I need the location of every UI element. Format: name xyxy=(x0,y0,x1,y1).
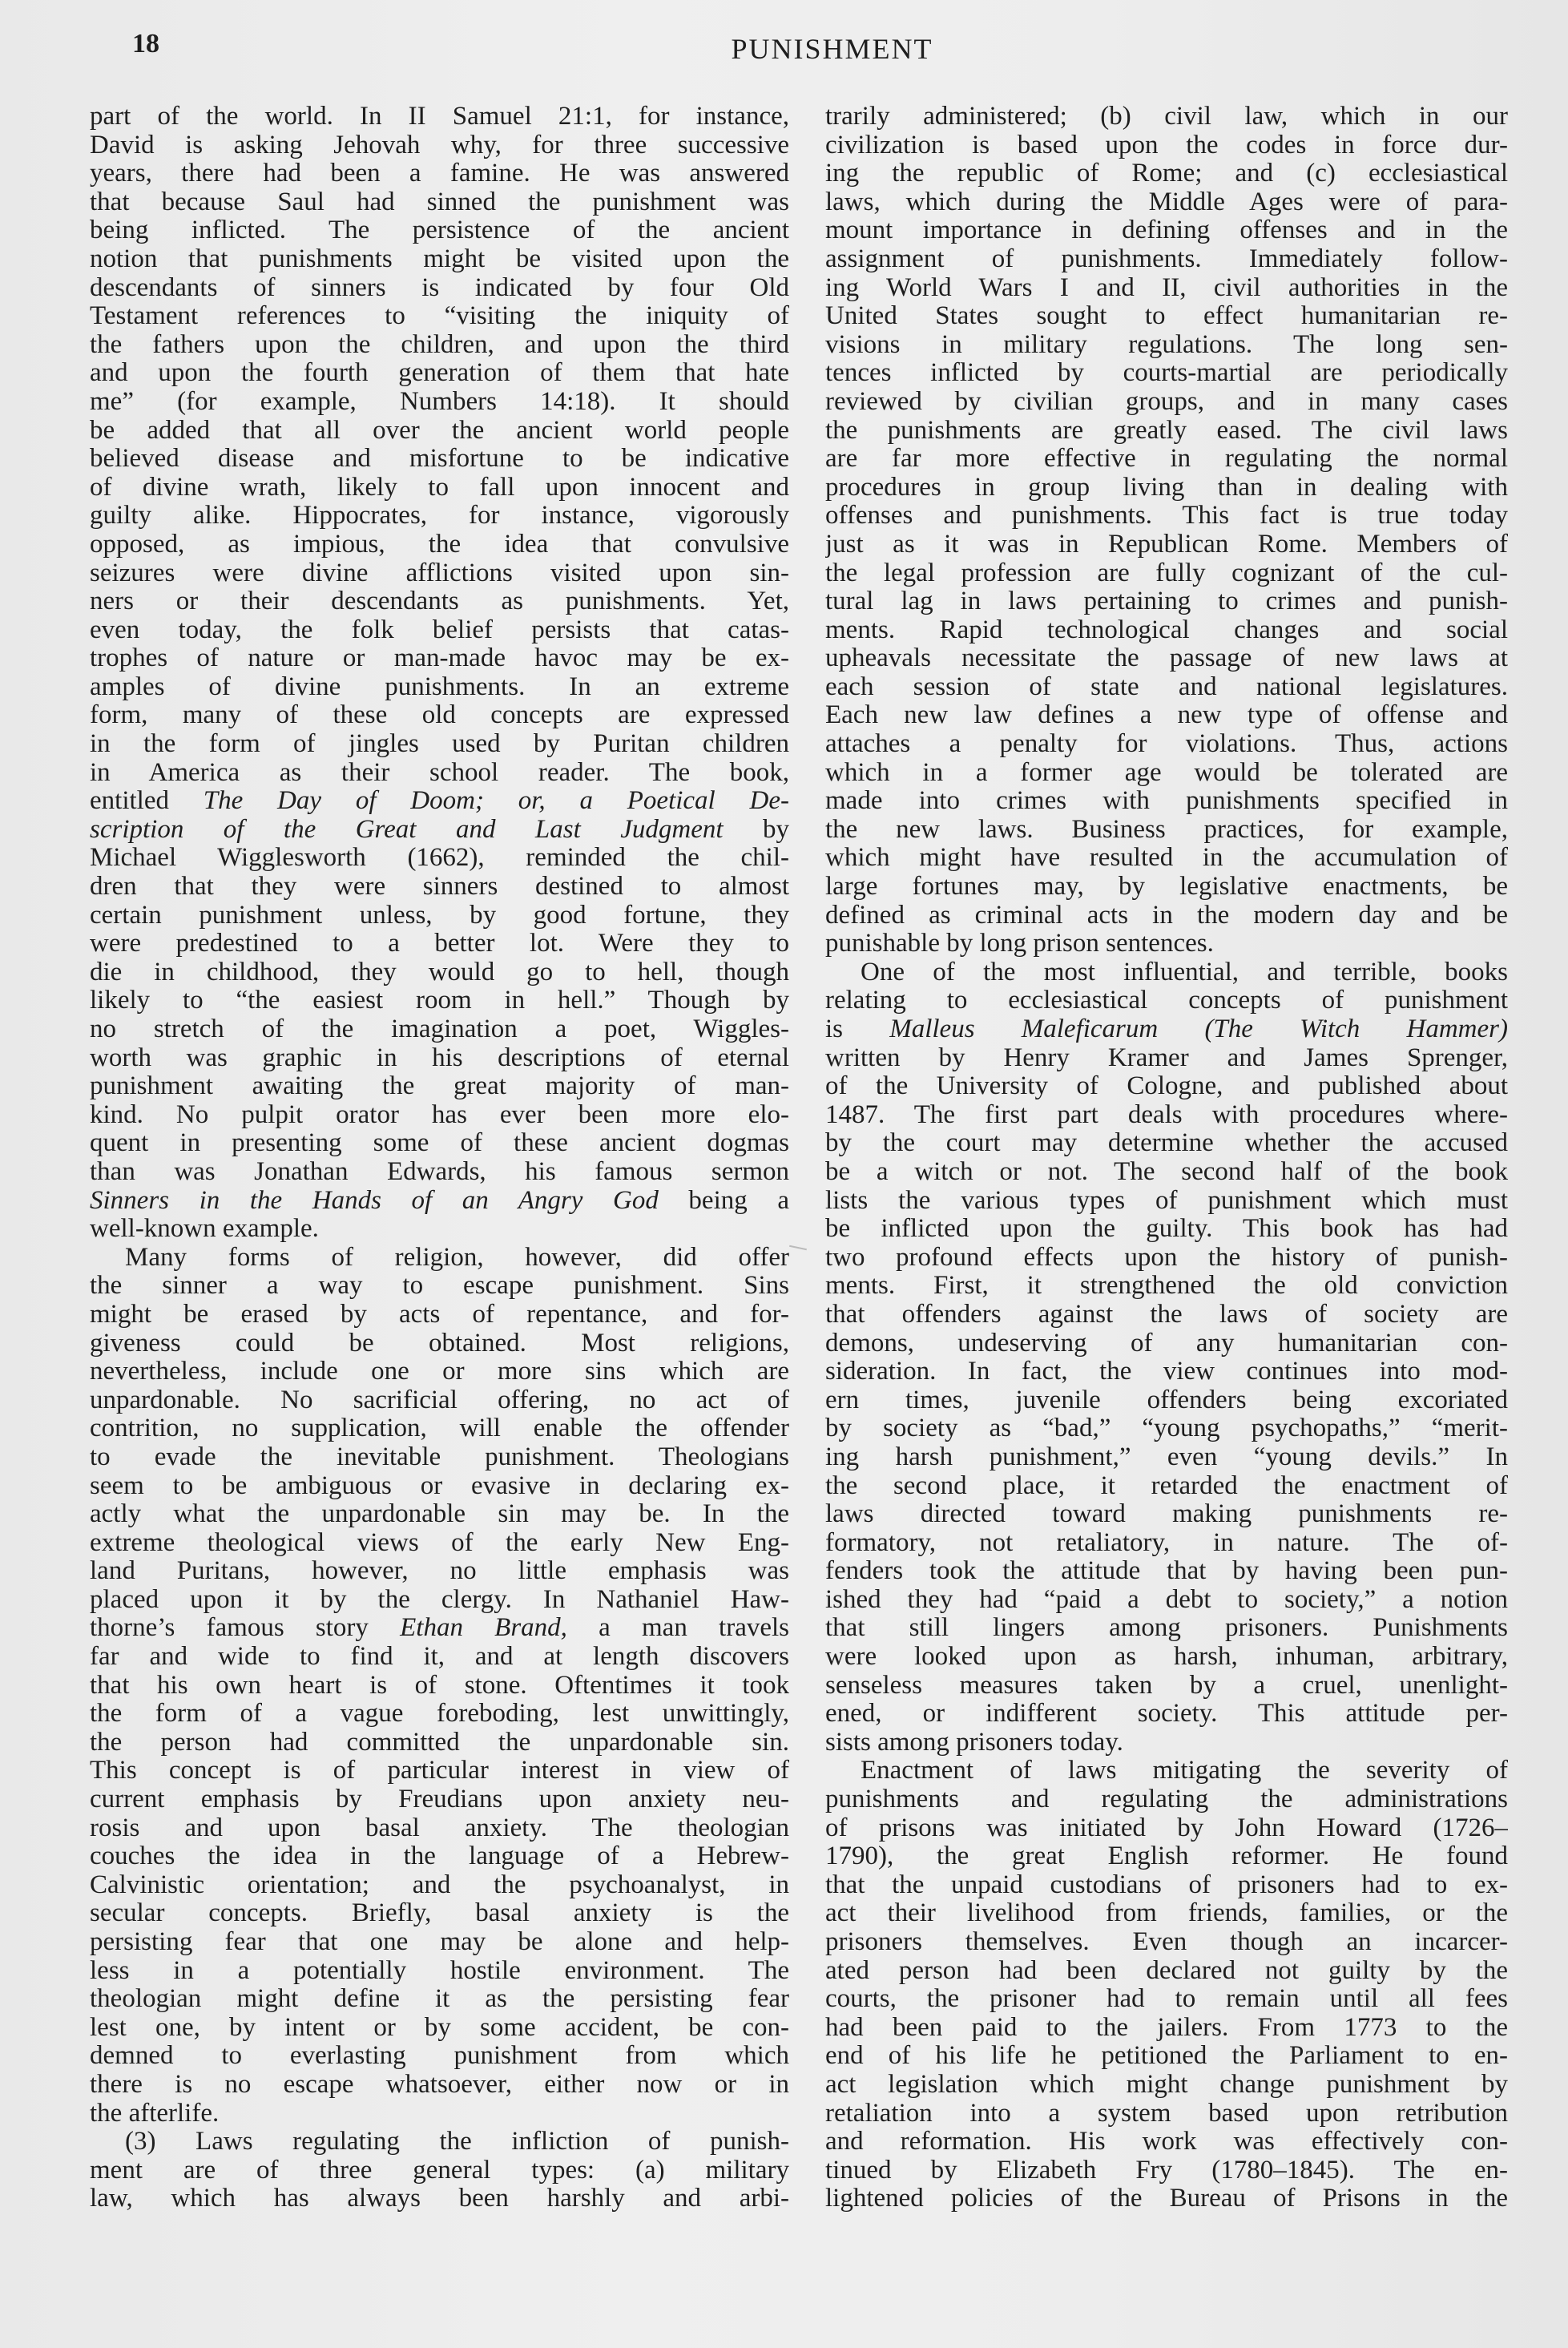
text-line: courts, the prisoner had to remain until… xyxy=(825,1985,1508,2014)
text-line: worth was graphic in his descriptions of… xyxy=(90,1044,789,1073)
text-line: to evade the inevitable punishment. Theo… xyxy=(90,1443,789,1472)
line-text: land Puritans, however, no little emphas… xyxy=(90,1557,789,1585)
line-text: the person had committed the unpardonabl… xyxy=(90,1729,789,1757)
text-line: be a witch or not. The second half of th… xyxy=(825,1158,1508,1187)
line-text: the afterlife. xyxy=(90,2100,219,2128)
line-text: prisoners themselves. Even though an inc… xyxy=(825,1928,1508,1956)
line-text: laws directed toward making punishments … xyxy=(825,1500,1508,1528)
line-text: by the court may determine whether the a… xyxy=(825,1129,1508,1157)
right-text-column: trarily administered; (b) civil law, whi… xyxy=(825,103,1508,2213)
line-text: United States sought to effect humanitar… xyxy=(825,302,1508,330)
line-text: the punishments are greatly eased. The c… xyxy=(825,417,1508,445)
text-line: the new laws. Business practices, for ex… xyxy=(825,816,1508,845)
text-line: dren that they were sinners destined to … xyxy=(90,873,789,902)
line-text: unpardonable. No sacrificial offering, n… xyxy=(90,1386,789,1414)
line-text: which in a former age would be tolerated… xyxy=(825,759,1508,787)
text-line: tural lag in laws pertaining to crimes a… xyxy=(825,587,1508,616)
line-text: descendants of sinners is indicated by f… xyxy=(90,274,789,302)
line-text: lightened policies of the Bureau of Pris… xyxy=(825,2185,1508,2213)
line-text: (3) Laws regulating the infliction of pu… xyxy=(125,2128,789,2156)
line-text: Enactment of laws mitigating the severit… xyxy=(861,1757,1508,1785)
line-text: be a witch or not. The second half of th… xyxy=(825,1158,1508,1186)
line-text: to evade the inevitable punishment. Theo… xyxy=(90,1443,789,1471)
text-line: demons, undeserving of any humanitarian … xyxy=(825,1329,1508,1358)
text-line: the second place, it retarded the enactm… xyxy=(825,1472,1508,1501)
line-text: notion that punishments might be visited… xyxy=(90,245,789,273)
line-text: years, there had been a famine. He was a… xyxy=(90,159,789,188)
line-text: form, many of these old concepts are exp… xyxy=(90,701,789,729)
text-line: form, many of these old concepts are exp… xyxy=(90,701,789,730)
line-text: Each new law defines a new type of offen… xyxy=(825,701,1508,729)
line-text: Many forms of religion, however, did off… xyxy=(125,1244,789,1272)
line-text: be added that all over the ancient world… xyxy=(90,417,789,445)
italic-title-text: scription of the Great and Last Judgment xyxy=(90,816,724,844)
text-line: punishment awaiting the great majority o… xyxy=(90,1072,789,1101)
text-line: made into crimes with punishments specif… xyxy=(825,787,1508,816)
text-line: in the form of jingles used by Puritan c… xyxy=(90,730,789,759)
text-line: lest one, by intent or by some accident,… xyxy=(90,2014,789,2043)
line-text: David is asking Jehovah why, for three s… xyxy=(90,131,789,159)
line-text: punishable by long prison sentences. xyxy=(825,930,1214,958)
line-text: rosis and upon basal anxiety. The theolo… xyxy=(90,1814,789,1842)
line-text: likely to “the easiest room in hell.” Th… xyxy=(90,986,789,1015)
line-text: kind. No pulpit orator has ever been mor… xyxy=(90,1101,789,1129)
line-text: ing World Wars I and II, civil authoriti… xyxy=(825,274,1508,302)
text-line: ing the republic of Rome; and (c) eccles… xyxy=(825,159,1508,188)
text-line: giveness could be obtained. Most religio… xyxy=(90,1329,789,1358)
line-text: laws, which during the Middle Ages were … xyxy=(825,188,1508,216)
line-text: persisting fear that one may be alone an… xyxy=(90,1928,789,1956)
text-line: are far more effective in regulating the… xyxy=(825,445,1508,474)
line-text: secular concepts. Briefly, basal anxiety… xyxy=(90,1899,789,1927)
line-text: die in childhood, they would go to hell,… xyxy=(90,958,789,986)
text-line: amples of divine punishments. In an extr… xyxy=(90,673,789,702)
text-line: seizures were divine afflictions visited… xyxy=(90,559,789,588)
text-line: upheavals necessitate the passage of new… xyxy=(825,644,1508,673)
line-text: procedures in group living than in deali… xyxy=(825,474,1508,502)
text-line: sists among prisoners today. xyxy=(825,1729,1508,1757)
text-line: rosis and upon basal anxiety. The theolo… xyxy=(90,1814,789,1843)
text-line: lists the various types of punishment wh… xyxy=(825,1187,1508,1216)
italic-title-text: Malleus Maleficarum (The Witch Hammer) xyxy=(889,1015,1508,1043)
line-text: of prisons was initiated by John Howard … xyxy=(825,1814,1508,1842)
text-line: Enactment of laws mitigating the severit… xyxy=(825,1757,1508,1785)
line-text: fenders took the attitude that by having… xyxy=(825,1557,1508,1585)
line-text: seizures were divine afflictions visited… xyxy=(90,559,789,587)
text-line: the person had committed the unpardonabl… xyxy=(90,1729,789,1757)
text-line: believed disease and misfortune to be in… xyxy=(90,445,789,474)
line-text: in the form of jingles used by Puritan c… xyxy=(90,730,789,758)
line-text: there is no escape whatsoever, either no… xyxy=(90,2071,789,2099)
line-text: being a xyxy=(659,1187,789,1215)
text-line: no stretch of the imagination a poet, Wi… xyxy=(90,1015,789,1044)
text-line: kind. No pulpit orator has ever been mor… xyxy=(90,1101,789,1130)
line-text: Calvinistic orientation; and the psychoa… xyxy=(90,1871,789,1899)
line-text: of divine wrath, likely to fall upon inn… xyxy=(90,474,789,502)
line-text: quent in presenting some of these ancien… xyxy=(90,1129,789,1157)
text-line: ners or their descendants as punishments… xyxy=(90,587,789,616)
line-text: might be erased by acts of repentance, a… xyxy=(90,1301,789,1329)
text-line: large fortunes may, by legislative enact… xyxy=(825,873,1508,902)
text-line: is Malleus Maleficarum (The Witch Hammer… xyxy=(825,1015,1508,1044)
line-text: One of the most influential, and terribl… xyxy=(861,958,1508,986)
text-line: far and wide to find it, and at length d… xyxy=(90,1643,789,1672)
text-line: mount importance in defining offenses an… xyxy=(825,216,1508,245)
text-line: ments. First, it strengthened the old co… xyxy=(825,1272,1508,1301)
line-text: tences inflicted by courts-martial are p… xyxy=(825,359,1508,387)
text-line: punishments and regulating the administr… xyxy=(825,1785,1508,1814)
text-line: nevertheless, include one or more sins w… xyxy=(90,1358,789,1386)
italic-title-text: Sinners in the Hands of an Angry God xyxy=(90,1187,659,1215)
text-line: which in a former age would be tolerated… xyxy=(825,759,1508,788)
text-line: act legislation which might change punis… xyxy=(825,2071,1508,2100)
text-line: Many forms of religion, however, did off… xyxy=(90,1244,789,1273)
text-line: act their livelihood from friends, famil… xyxy=(825,1899,1508,1928)
line-text: were looked upon as harsh, inhuman, arbi… xyxy=(825,1643,1508,1671)
text-line: guilty alike. Hippocrates, for instance,… xyxy=(90,502,789,531)
text-line: and upon the fourth generation of them t… xyxy=(90,359,789,388)
text-line: trophes of nature or man-made havoc may … xyxy=(90,644,789,673)
text-line: than was Jonathan Edwards, his famous se… xyxy=(90,1158,789,1187)
text-line: that because Saul had sinned the punishm… xyxy=(90,188,789,217)
line-text: two profound effects upon the history of… xyxy=(825,1244,1508,1272)
text-line: visions in military regulations. The lon… xyxy=(825,331,1508,360)
text-line: two profound effects upon the history of… xyxy=(825,1244,1508,1273)
line-text: ing the republic of Rome; and (c) eccles… xyxy=(825,159,1508,188)
text-line: less in a potentially hostile environmen… xyxy=(90,1957,789,1986)
line-text: are far more effective in regulating the… xyxy=(825,445,1508,473)
text-line: punishable by long prison sentences. xyxy=(825,930,1508,958)
line-text: the legal profession are fully cognizant… xyxy=(825,559,1508,587)
text-line: be inflicted upon the guilty. This book … xyxy=(825,1215,1508,1244)
text-line: This concept is of particular interest i… xyxy=(90,1757,789,1785)
line-text: ments. Rapid technological changes and s… xyxy=(825,616,1508,644)
text-line: formatory, not retaliatory, in nature. T… xyxy=(825,1529,1508,1558)
text-line: ing harsh punishment,” even “young devil… xyxy=(825,1443,1508,1472)
text-line: actly what the unpardonable sin may be. … xyxy=(90,1500,789,1529)
line-text: mount importance in defining offenses an… xyxy=(825,216,1508,244)
line-text: guilty alike. Hippocrates, for instance,… xyxy=(90,502,789,530)
line-text: law, which has always been harshly and a… xyxy=(90,2185,789,2213)
line-text: demned to everlasting punishment from wh… xyxy=(90,2042,789,2070)
line-text: placed upon it by the clergy. In Nathani… xyxy=(90,1586,789,1614)
text-line: ing World Wars I and II, civil authoriti… xyxy=(825,274,1508,303)
line-text: giveness could be obtained. Most religio… xyxy=(90,1329,789,1358)
line-text: ened, or indifferent society. This attit… xyxy=(825,1700,1508,1728)
line-text: defined as criminal acts in the modern d… xyxy=(825,902,1508,930)
text-line: procedures in group living than in deali… xyxy=(825,474,1508,502)
line-text: ished they had “paid a debt to society,”… xyxy=(825,1586,1508,1614)
line-text: couches the idea in the language of a He… xyxy=(90,1842,789,1870)
text-line: descendants of sinners is indicated by f… xyxy=(90,274,789,303)
line-text: relating to ecclesiastical concepts of p… xyxy=(825,986,1508,1015)
line-text: formatory, not retaliatory, in nature. T… xyxy=(825,1529,1508,1557)
line-text: just as it was in Republican Rome. Membe… xyxy=(825,531,1508,559)
line-text: each session of state and national legis… xyxy=(825,673,1508,701)
line-text: the form of a vague foreboding, lest unw… xyxy=(90,1700,789,1728)
line-text: punishment awaiting the great majority o… xyxy=(90,1072,789,1100)
text-line: just as it was in Republican Rome. Membe… xyxy=(825,531,1508,559)
text-line: well-known example. xyxy=(90,1215,789,1244)
text-line: by the court may determine whether the a… xyxy=(825,1129,1508,1158)
text-line: offenses and punishments. This fact is t… xyxy=(825,502,1508,531)
text-line: that his own heart is of stone. Oftentim… xyxy=(90,1672,789,1700)
line-text: entitled xyxy=(90,787,204,815)
text-line: scription of the Great and Last Judgment… xyxy=(90,816,789,845)
line-text: trarily administered; (b) civil law, whi… xyxy=(825,103,1508,131)
running-header-title: PUNISHMENT xyxy=(0,32,1568,66)
line-text: act legislation which might change punis… xyxy=(825,2071,1508,2099)
line-text: that because Saul had sinned the punishm… xyxy=(90,188,789,216)
text-line: One of the most influential, and terribl… xyxy=(825,958,1508,987)
text-line: seem to be ambiguous or evasive in decla… xyxy=(90,1472,789,1501)
line-text: tural lag in laws pertaining to crimes a… xyxy=(825,587,1508,615)
text-line: Calvinistic orientation; and the psychoa… xyxy=(90,1871,789,1900)
line-text: upheavals necessitate the passage of new… xyxy=(825,644,1508,672)
text-line: reviewed by civilian groups, and in many… xyxy=(825,388,1508,417)
text-line: ern times, juvenile offenders being exco… xyxy=(825,1386,1508,1415)
text-line: Michael Wigglesworth (1662), reminded th… xyxy=(90,844,789,873)
line-text: thorne’s famous story xyxy=(90,1614,400,1642)
line-text: certain punishment unless, by good fortu… xyxy=(90,902,789,930)
text-line: the fathers upon the children, and upon … xyxy=(90,331,789,360)
text-line: the sinner a way to escape punishment. S… xyxy=(90,1272,789,1301)
text-line: extreme theological views of the early N… xyxy=(90,1529,789,1558)
text-line: secular concepts. Briefly, basal anxiety… xyxy=(90,1899,789,1928)
line-text: This concept is of particular interest i… xyxy=(90,1757,789,1785)
text-line: that still lingers among prisoners. Puni… xyxy=(825,1614,1508,1643)
line-text: even today, the folk belief persists tha… xyxy=(90,616,789,644)
line-text: worth was graphic in his descriptions of… xyxy=(90,1044,789,1072)
text-line: trarily administered; (b) civil law, whi… xyxy=(825,103,1508,131)
line-text: no stretch of the imagination a poet, Wi… xyxy=(90,1015,789,1043)
line-text: less in a potentially hostile environmen… xyxy=(90,1957,789,1985)
line-text: the second place, it retarded the enactm… xyxy=(825,1472,1508,1500)
text-line: lightened policies of the Bureau of Pris… xyxy=(825,2185,1508,2213)
line-text: ners or their descendants as punishments… xyxy=(90,587,789,615)
text-line: notion that punishments might be visited… xyxy=(90,245,789,274)
line-text: that still lingers among prisoners. Puni… xyxy=(825,1614,1508,1642)
text-line: law, which has always been harshly and a… xyxy=(90,2185,789,2213)
line-text: dren that they were sinners destined to … xyxy=(90,873,789,901)
text-line: tinued by Elizabeth Fry (1780–1845). The… xyxy=(825,2156,1508,2185)
line-text: opposed, as impious, the idea that convu… xyxy=(90,531,789,559)
line-text: by xyxy=(724,816,789,844)
line-text: the fathers upon the children, and upon … xyxy=(90,331,789,359)
text-line: laws directed toward making punishments … xyxy=(825,1500,1508,1529)
line-text: offenses and punishments. This fact is t… xyxy=(825,502,1508,530)
text-line: the form of a vague foreboding, lest unw… xyxy=(90,1700,789,1729)
line-text: demons, undeserving of any humanitarian … xyxy=(825,1329,1508,1358)
text-line: placed upon it by the clergy. In Nathani… xyxy=(90,1586,789,1615)
line-text: actly what the unpardonable sin may be. … xyxy=(90,1500,789,1528)
line-text: civilization is based upon the codes in … xyxy=(825,131,1508,159)
text-line: ened, or indifferent society. This attit… xyxy=(825,1700,1508,1729)
line-text: made into crimes with punishments specif… xyxy=(825,787,1508,815)
line-text: 1790), the great English reformer. He fo… xyxy=(825,1842,1508,1870)
text-line: die in childhood, they would go to hell,… xyxy=(90,958,789,987)
line-text: of the University of Cologne, and publis… xyxy=(825,1072,1508,1100)
left-text-column: part of the world. In II Samuel 21:1, fo… xyxy=(90,103,789,2213)
line-text: written by Henry Kramer and James Spreng… xyxy=(825,1044,1508,1072)
text-line: years, there had been a famine. He was a… xyxy=(90,159,789,188)
text-line: (3) Laws regulating the infliction of pu… xyxy=(90,2128,789,2156)
line-text: seem to be ambiguous or evasive in decla… xyxy=(90,1472,789,1500)
line-text: theologian might define it as the persis… xyxy=(90,1985,789,2013)
text-line: the punishments are greatly eased. The c… xyxy=(825,417,1508,446)
text-line: that the unpaid custodians of prisoners … xyxy=(825,1871,1508,1900)
italic-title-text: Ethan Brand, xyxy=(400,1614,567,1642)
text-line: Testament references to “visiting the in… xyxy=(90,302,789,331)
text-line: each session of state and national legis… xyxy=(825,673,1508,702)
line-text: were predestined to a better lot. Were t… xyxy=(90,930,789,958)
line-text: in America as their school reader. The b… xyxy=(90,759,789,787)
text-line: thorne’s famous story Ethan Brand, a man… xyxy=(90,1614,789,1643)
line-text: that his own heart is of stone. Oftentim… xyxy=(90,1672,789,1700)
line-text: Michael Wigglesworth (1662), reminded th… xyxy=(90,844,789,872)
line-text: that the unpaid custodians of prisoners … xyxy=(825,1871,1508,1899)
text-line: prisoners themselves. Even though an inc… xyxy=(825,1928,1508,1957)
line-text: far and wide to find it, and at length d… xyxy=(90,1643,789,1671)
line-text: nevertheless, include one or more sins w… xyxy=(90,1358,789,1386)
text-line: had been paid to the jailers. From 1773 … xyxy=(825,2014,1508,2043)
text-line: relating to ecclesiastical concepts of p… xyxy=(825,986,1508,1015)
text-line: retaliation into a system based upon ret… xyxy=(825,2100,1508,2128)
text-line: Sinners in the Hands of an Angry God bei… xyxy=(90,1187,789,1216)
line-text: the new laws. Business practices, for ex… xyxy=(825,816,1508,844)
text-line: land Puritans, however, no little emphas… xyxy=(90,1557,789,1586)
text-line: in America as their school reader. The b… xyxy=(90,759,789,788)
line-text: Testament references to “visiting the in… xyxy=(90,302,789,330)
text-line: might be erased by acts of repentance, a… xyxy=(90,1301,789,1329)
line-text: sideration. In fact, the view continues … xyxy=(825,1358,1508,1386)
print-speck xyxy=(789,1245,807,1251)
text-line: even today, the folk belief persists tha… xyxy=(90,616,789,645)
text-line: 1487. The first part deals with procedur… xyxy=(825,1101,1508,1130)
line-text: courts, the prisoner had to remain until… xyxy=(825,1985,1508,2013)
text-line: that offenders against the laws of socie… xyxy=(825,1301,1508,1329)
text-line: theologian might define it as the persis… xyxy=(90,1985,789,2014)
text-line: senseless measures taken by a cruel, une… xyxy=(825,1672,1508,1700)
text-line: me” (for example, Numbers 14:18). It sho… xyxy=(90,388,789,417)
text-line: and reformation. His work was effectivel… xyxy=(825,2128,1508,2156)
line-text: tinued by Elizabeth Fry (1780–1845). The… xyxy=(825,2156,1508,2185)
text-line: 1790), the great English reformer. He fo… xyxy=(825,1842,1508,1871)
line-text: retaliation into a system based upon ret… xyxy=(825,2100,1508,2128)
text-line: which might have resulted in the accumul… xyxy=(825,844,1508,873)
line-text: sists among prisoners today. xyxy=(825,1729,1123,1757)
line-text: 1487. The first part deals with procedur… xyxy=(825,1101,1508,1129)
line-text: lists the various types of punishment wh… xyxy=(825,1187,1508,1215)
text-line: there is no escape whatsoever, either no… xyxy=(90,2071,789,2100)
text-line: by society as “bad,” “young psychopaths,… xyxy=(825,1414,1508,1443)
text-line: written by Henry Kramer and James Spreng… xyxy=(825,1044,1508,1073)
line-text: contrition, no supplication, will enable… xyxy=(90,1414,789,1442)
text-line: unpardonable. No sacrificial offering, n… xyxy=(90,1386,789,1415)
line-text: me” (for example, Numbers 14:18). It sho… xyxy=(90,388,789,416)
text-line: ished they had “paid a debt to society,”… xyxy=(825,1586,1508,1615)
line-text: which might have resulted in the accumul… xyxy=(825,844,1508,872)
line-text: amples of divine punishments. In an extr… xyxy=(90,673,789,701)
line-text: reviewed by civilian groups, and in many… xyxy=(825,388,1508,416)
text-line: part of the world. In II Samuel 21:1, fo… xyxy=(90,103,789,131)
line-text: well-known example. xyxy=(90,1215,319,1243)
line-text: assignment of punishments. Immediately f… xyxy=(825,245,1508,273)
text-line: tences inflicted by courts-martial are p… xyxy=(825,359,1508,388)
text-line: attaches a penalty for violations. Thus,… xyxy=(825,730,1508,759)
line-text: senseless measures taken by a cruel, une… xyxy=(825,1672,1508,1700)
text-line: United States sought to effect humanitar… xyxy=(825,302,1508,331)
text-line: the afterlife. xyxy=(90,2100,789,2128)
text-line: be added that all over the ancient world… xyxy=(90,417,789,446)
italic-title-text: The Day of Doom; or, a Poetical De- xyxy=(204,787,789,815)
line-text: ment are of three general types: (a) mil… xyxy=(90,2156,789,2185)
text-line: certain punishment unless, by good fortu… xyxy=(90,902,789,930)
text-line: ated person had been declared not guilty… xyxy=(825,1957,1508,1986)
text-line: quent in presenting some of these ancien… xyxy=(90,1129,789,1158)
line-text: a man travels xyxy=(567,1614,789,1642)
line-text: trophes of nature or man-made havoc may … xyxy=(90,644,789,672)
line-text: by society as “bad,” “young psychopaths,… xyxy=(825,1414,1508,1442)
text-line: of the University of Cologne, and publis… xyxy=(825,1072,1508,1101)
line-text: is xyxy=(825,1015,889,1043)
line-text: ern times, juvenile offenders being exco… xyxy=(825,1386,1508,1414)
text-line: of prisons was initiated by John Howard … xyxy=(825,1814,1508,1843)
text-line: opposed, as impious, the idea that convu… xyxy=(90,531,789,559)
text-line: David is asking Jehovah why, for three s… xyxy=(90,131,789,160)
line-text: lest one, by intent or by some accident,… xyxy=(90,2014,789,2042)
line-text: extreme theological views of the early N… xyxy=(90,1529,789,1557)
text-line: Each new law defines a new type of offen… xyxy=(825,701,1508,730)
line-text: and upon the fourth generation of them t… xyxy=(90,359,789,387)
text-line: persisting fear that one may be alone an… xyxy=(90,1928,789,1957)
text-line: of divine wrath, likely to fall upon inn… xyxy=(90,474,789,502)
line-text: end of his life he petitioned the Parlia… xyxy=(825,2042,1508,2070)
line-text: large fortunes may, by legislative enact… xyxy=(825,873,1508,901)
text-line: current emphasis by Freudians upon anxie… xyxy=(90,1785,789,1814)
text-line: the legal profession are fully cognizant… xyxy=(825,559,1508,588)
line-text: ments. First, it strengthened the old co… xyxy=(825,1272,1508,1300)
text-line: were predestined to a better lot. Were t… xyxy=(90,930,789,958)
text-line: fenders took the attitude that by having… xyxy=(825,1557,1508,1586)
text-line: being inflicted. The persistence of the … xyxy=(90,216,789,245)
line-text: attaches a penalty for violations. Thus,… xyxy=(825,730,1508,758)
line-text: part of the world. In II Samuel 21:1, fo… xyxy=(90,103,789,131)
line-text: punishments and regulating the administr… xyxy=(825,1785,1508,1813)
line-text: than was Jonathan Edwards, his famous se… xyxy=(90,1158,789,1186)
line-text: being inflicted. The persistence of the … xyxy=(90,216,789,244)
line-text: visions in military regulations. The lon… xyxy=(825,331,1508,359)
line-text: ated person had been declared not guilty… xyxy=(825,1957,1508,1985)
line-text: that offenders against the laws of socie… xyxy=(825,1301,1508,1329)
text-line: end of his life he petitioned the Parlia… xyxy=(825,2042,1508,2071)
text-line: assignment of punishments. Immediately f… xyxy=(825,245,1508,274)
text-line: sideration. In fact, the view continues … xyxy=(825,1358,1508,1386)
line-text: and reformation. His work was effectivel… xyxy=(825,2128,1508,2156)
line-text: current emphasis by Freudians upon anxie… xyxy=(90,1785,789,1813)
text-line: ment are of three general types: (a) mil… xyxy=(90,2156,789,2185)
line-text: act their livelihood from friends, famil… xyxy=(825,1899,1508,1927)
text-line: were looked upon as harsh, inhuman, arbi… xyxy=(825,1643,1508,1672)
text-line: entitled The Day of Doom; or, a Poetical… xyxy=(90,787,789,816)
text-line: defined as criminal acts in the modern d… xyxy=(825,902,1508,930)
text-line: civilization is based upon the codes in … xyxy=(825,131,1508,160)
text-line: contrition, no supplication, will enable… xyxy=(90,1414,789,1443)
line-text: believed disease and misfortune to be in… xyxy=(90,445,789,473)
book-page: 18 PUNISHMENT part of the world. In II S… xyxy=(0,0,1568,2348)
text-line: couches the idea in the language of a He… xyxy=(90,1842,789,1871)
line-text: be inflicted upon the guilty. This book … xyxy=(825,1215,1508,1243)
